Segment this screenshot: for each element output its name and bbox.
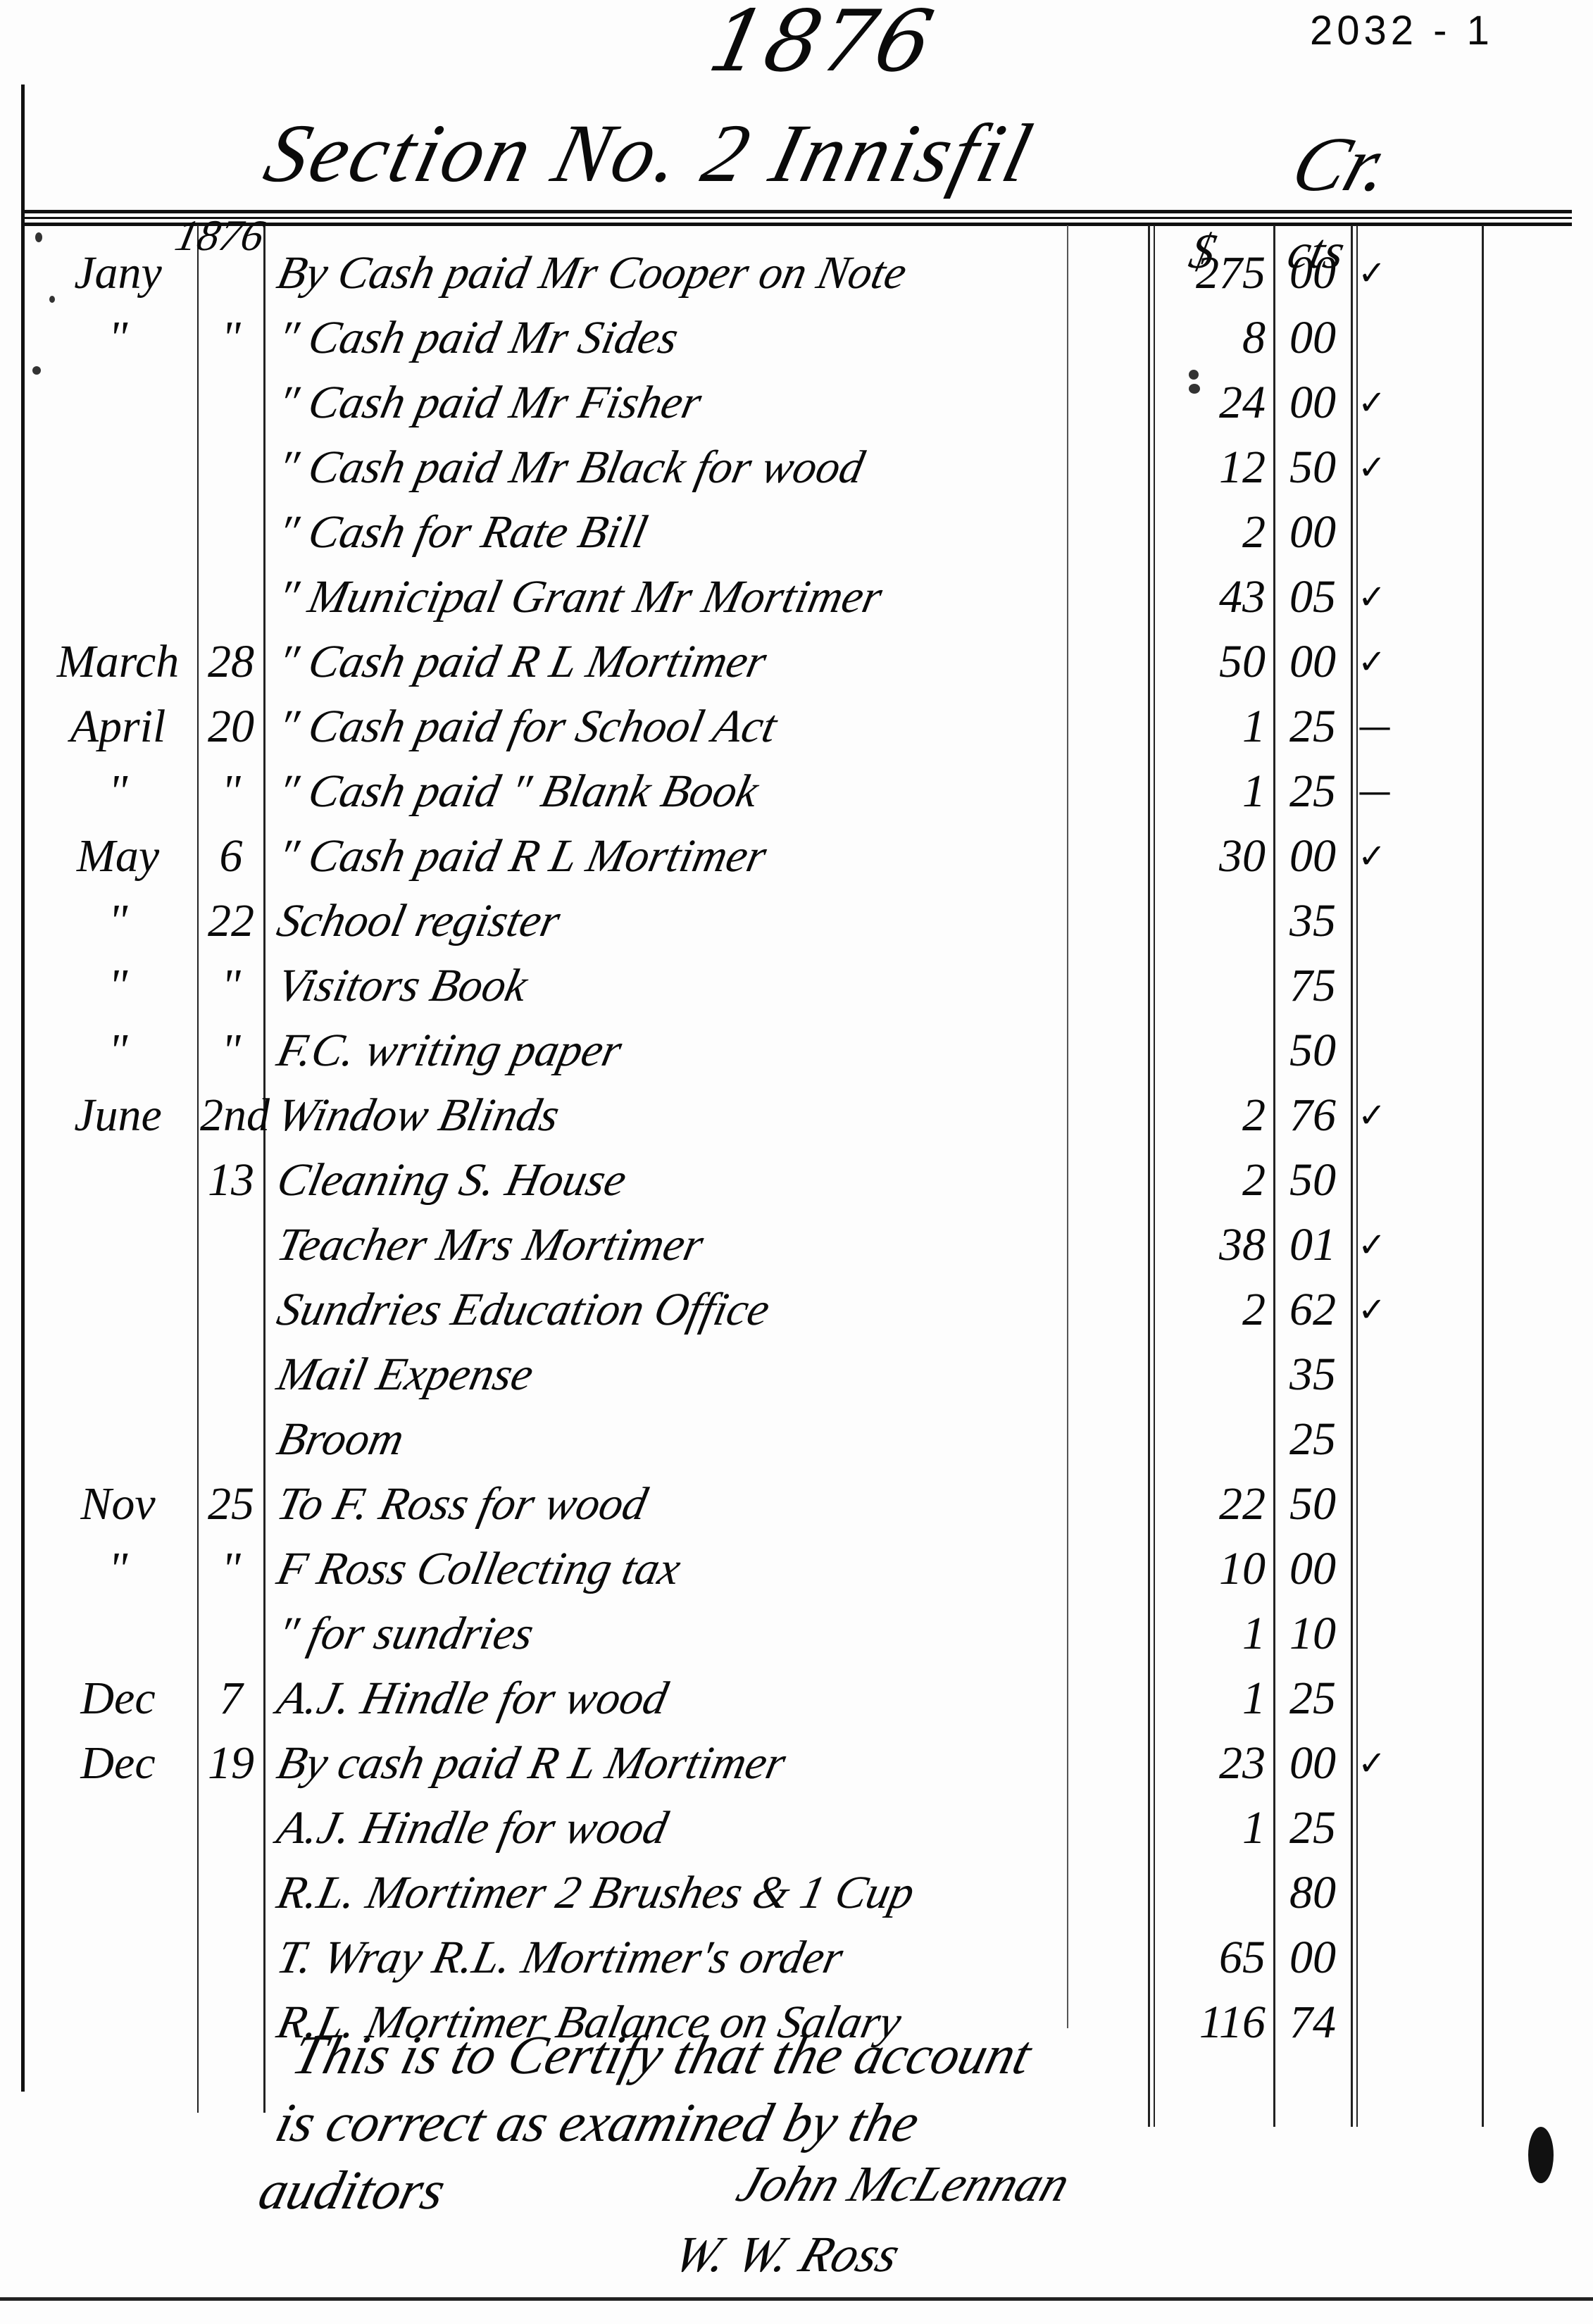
auditor-signature: W. W. Ross <box>667 2225 908 2284</box>
row-cents: 10 <box>1277 1606 1348 1662</box>
ledger-row: Nov25To F. Ross for wood2250 <box>0 1470 1593 1535</box>
ledger-row: April20" Cash paid for School Act125— <box>0 693 1593 758</box>
row-cents: 25 <box>1277 763 1348 820</box>
row-cents: 25 <box>1277 1800 1348 1856</box>
row-cents: 00 <box>1277 310 1348 366</box>
row-cents: 00 <box>1277 828 1348 885</box>
check-mark-icon: ✓ <box>1358 1087 1400 1144</box>
row-cents: 00 <box>1277 1735 1348 1792</box>
ledger-row: " Cash paid Mr Black for wood1250✓ <box>0 434 1593 499</box>
row-month: " <box>42 1023 194 1079</box>
page-title: Section No. 2 Innisfil <box>256 106 1043 201</box>
row-day: " <box>200 958 262 1014</box>
ledger-row: T. Wray R.L. Mortimer's order6500 <box>0 1924 1593 1989</box>
row-description: " Cash paid for School Act <box>272 699 1150 755</box>
ledger-row: March28" Cash paid R L Mortimer5000✓ <box>0 628 1593 693</box>
row-day: 22 <box>200 893 262 949</box>
row-dollars: 8 <box>1158 310 1270 366</box>
row-day: 6 <box>200 828 262 885</box>
row-cents: 80 <box>1277 1865 1348 1921</box>
row-description: Sundries Education Office <box>272 1282 1150 1338</box>
ledger-row: " Municipal Grant Mr Mortimer4305✓ <box>0 563 1593 628</box>
row-cents: 00 <box>1277 375 1348 431</box>
row-dollars: 1 <box>1158 699 1270 755</box>
row-dollars: 50 <box>1158 634 1270 690</box>
row-dollars: 38 <box>1158 1217 1270 1273</box>
ink-speck <box>32 366 41 375</box>
auditor-signature: John McLennan <box>730 2155 1077 2213</box>
row-cents: 00 <box>1277 504 1348 561</box>
ledger-rows: JanyBy Cash paid Mr Cooper on Note27500✓… <box>0 239 1593 2054</box>
credit-marker: Cr. <box>1281 120 1403 209</box>
row-month: May <box>42 828 194 885</box>
row-day: 7 <box>200 1670 262 1727</box>
row-dollars: 275 <box>1158 245 1270 301</box>
row-cents: 25 <box>1277 1411 1348 1468</box>
row-month: " <box>42 310 194 366</box>
reference-number: 2032 - 1 <box>1310 7 1494 54</box>
ledger-row: A.J. Hindle for wood125 <box>0 1794 1593 1859</box>
row-cents: 00 <box>1277 634 1348 690</box>
row-cents: 00 <box>1277 1541 1348 1597</box>
ledger-row: ""F Ross Collecting tax1000 <box>0 1535 1593 1600</box>
row-cents: 35 <box>1277 1347 1348 1403</box>
row-description: School register <box>272 893 1150 949</box>
row-description: " for sundries <box>272 1606 1150 1662</box>
tick-dash-icon: — <box>1358 763 1400 820</box>
row-month: June <box>42 1087 194 1144</box>
row-dollars: 1 <box>1158 763 1270 820</box>
row-cents: 50 <box>1277 1476 1348 1532</box>
row-day: " <box>200 1023 262 1079</box>
row-day: " <box>200 763 262 820</box>
check-mark-icon: ✓ <box>1358 1282 1400 1338</box>
tick-dash-icon: — <box>1358 699 1400 755</box>
row-dollars: 10 <box>1158 1541 1270 1597</box>
ledger-row: Dec7A.J. Hindle for wood125 <box>0 1665 1593 1730</box>
row-cents: 50 <box>1277 1023 1348 1079</box>
row-description: By cash paid R L Mortimer <box>272 1735 1150 1792</box>
row-description: " Cash for Rate Bill <box>272 504 1150 561</box>
row-description: T. Wray R.L. Mortimer's order <box>272 1930 1150 1986</box>
row-description: " Cash paid R L Mortimer <box>272 828 1150 885</box>
row-description: " Cash paid Mr Sides <box>272 310 1150 366</box>
ledger-row: Broom25 <box>0 1406 1593 1470</box>
row-dollars: 22 <box>1158 1476 1270 1532</box>
ink-speck <box>49 296 55 303</box>
row-dollars: 43 <box>1158 569 1270 625</box>
ledger-row: Mail Expense35 <box>0 1341 1593 1406</box>
row-description: A.J. Hindle for wood <box>272 1800 1150 1856</box>
row-description: F Ross Collecting tax <box>272 1541 1150 1597</box>
check-mark-icon: ✓ <box>1358 1735 1400 1792</box>
ledger-row: " Cash for Rate Bill200 <box>0 499 1593 563</box>
row-description: " Cash paid Mr Black for wood <box>272 439 1150 496</box>
row-day: 2nd <box>200 1087 262 1144</box>
row-month: Jany <box>42 245 194 301</box>
ledger-row: ""F.C. writing paper50 <box>0 1017 1593 1082</box>
row-cents: 76 <box>1277 1087 1348 1144</box>
page-bottom-rule <box>0 2297 1593 2301</box>
row-day: 25 <box>200 1476 262 1532</box>
row-cents: 35 <box>1277 893 1348 949</box>
row-description: " Cash paid Mr Fisher <box>272 375 1150 431</box>
row-cents: 50 <box>1277 1152 1348 1208</box>
row-month: " <box>42 1541 194 1597</box>
ledger-row: " for sundries110 <box>0 1600 1593 1665</box>
row-cents: 00 <box>1277 245 1348 301</box>
check-mark-icon: ✓ <box>1358 1217 1400 1273</box>
row-cents: 01 <box>1277 1217 1348 1273</box>
check-mark-icon: ✓ <box>1358 828 1400 885</box>
certification-line: This is to Certify that the account <box>286 2021 1465 2089</box>
row-dollars: 2 <box>1158 504 1270 561</box>
row-cents: 62 <box>1277 1282 1348 1338</box>
row-dollars: 2 <box>1158 1282 1270 1338</box>
ledger-row: Sundries Education Office262✓ <box>0 1276 1593 1341</box>
ledger-row: Dec19By cash paid R L Mortimer2300✓ <box>0 1730 1593 1794</box>
row-month: " <box>42 763 194 820</box>
ledger-row: """ Cash paid Mr Sides800 <box>0 304 1593 369</box>
ledger-row: June2ndWindow Blinds276✓ <box>0 1082 1593 1147</box>
row-dollars: 1 <box>1158 1800 1270 1856</box>
certification-line: is correct as examined by the <box>269 2089 1448 2156</box>
row-description: A.J. Hindle for wood <box>272 1670 1150 1727</box>
ledger-page: 1876 2032 - 1 Section No. 2 Innisfil Cr.… <box>0 0 1593 2324</box>
row-dollars: 1 <box>1158 1606 1270 1662</box>
row-day: 20 <box>200 699 262 755</box>
row-month: Nov <box>42 1476 194 1532</box>
ink-speck <box>35 232 42 242</box>
row-month: Dec <box>42 1670 194 1727</box>
row-cents: 00 <box>1277 1930 1348 1986</box>
check-mark-icon: ✓ <box>1358 634 1400 690</box>
row-day: " <box>200 310 262 366</box>
row-cents: 50 <box>1277 439 1348 496</box>
row-cents: 75 <box>1277 958 1348 1014</box>
row-description: R.L. Mortimer 2 Brushes & 1 Cup <box>272 1865 1150 1921</box>
row-month: " <box>42 893 194 949</box>
row-cents: 25 <box>1277 699 1348 755</box>
ink-speck <box>1189 370 1199 380</box>
row-description: " Cash paid R L Mortimer <box>272 634 1150 690</box>
ink-speck <box>1189 384 1200 394</box>
row-description: Broom <box>272 1411 1150 1468</box>
page-year: 1876 <box>701 0 942 91</box>
check-mark-icon: ✓ <box>1358 245 1400 301</box>
ledger-row: " Cash paid Mr Fisher2400✓ <box>0 369 1593 434</box>
row-month: " <box>42 958 194 1014</box>
row-dollars: 2 <box>1158 1087 1270 1144</box>
row-day: 28 <box>200 634 262 690</box>
ledger-row: """ Cash paid " Blank Book125— <box>0 758 1593 823</box>
row-description: By Cash paid Mr Cooper on Note <box>272 245 1150 301</box>
row-description: " Municipal Grant Mr Mortimer <box>272 569 1150 625</box>
check-mark-icon: ✓ <box>1358 569 1400 625</box>
ledger-row: "22School register35 <box>0 887 1593 952</box>
row-description: Mail Expense <box>272 1347 1150 1403</box>
row-description: To F. Ross for wood <box>272 1476 1150 1532</box>
row-dollars: 65 <box>1158 1930 1270 1986</box>
row-day: 13 <box>200 1152 262 1208</box>
row-dollars: 23 <box>1158 1735 1270 1792</box>
row-description: Window Blinds <box>272 1087 1150 1144</box>
row-month: April <box>42 699 194 755</box>
ledger-row: JanyBy Cash paid Mr Cooper on Note27500✓ <box>0 239 1593 304</box>
row-description: " Cash paid " Blank Book <box>272 763 1150 820</box>
row-description: Teacher Mrs Mortimer <box>272 1217 1150 1273</box>
row-day: 19 <box>200 1735 262 1792</box>
row-cents: 05 <box>1277 569 1348 625</box>
row-day: " <box>200 1541 262 1597</box>
ledger-row: ""Visitors Book75 <box>0 952 1593 1017</box>
punch-hole-mark <box>1528 2127 1554 2183</box>
row-month: Dec <box>42 1735 194 1792</box>
ledger-row: 13Cleaning S. House250 <box>0 1147 1593 1211</box>
row-dollars: 24 <box>1158 375 1270 431</box>
row-description: F.C. writing paper <box>272 1023 1150 1079</box>
row-description: Visitors Book <box>272 958 1150 1014</box>
ledger-row: Teacher Mrs Mortimer3801✓ <box>0 1211 1593 1276</box>
check-mark-icon: ✓ <box>1358 439 1400 496</box>
ledger-row: May6" Cash paid R L Mortimer3000✓ <box>0 823 1593 887</box>
row-dollars: 2 <box>1158 1152 1270 1208</box>
row-dollars: 1 <box>1158 1670 1270 1727</box>
ledger-row: R.L. Mortimer 2 Brushes & 1 Cup80 <box>0 1859 1593 1924</box>
row-cents: 25 <box>1277 1670 1348 1727</box>
row-dollars: 12 <box>1158 439 1270 496</box>
check-mark-icon: ✓ <box>1358 375 1400 431</box>
row-month: March <box>42 634 194 690</box>
row-dollars: 30 <box>1158 828 1270 885</box>
row-description: Cleaning S. House <box>272 1152 1150 1208</box>
